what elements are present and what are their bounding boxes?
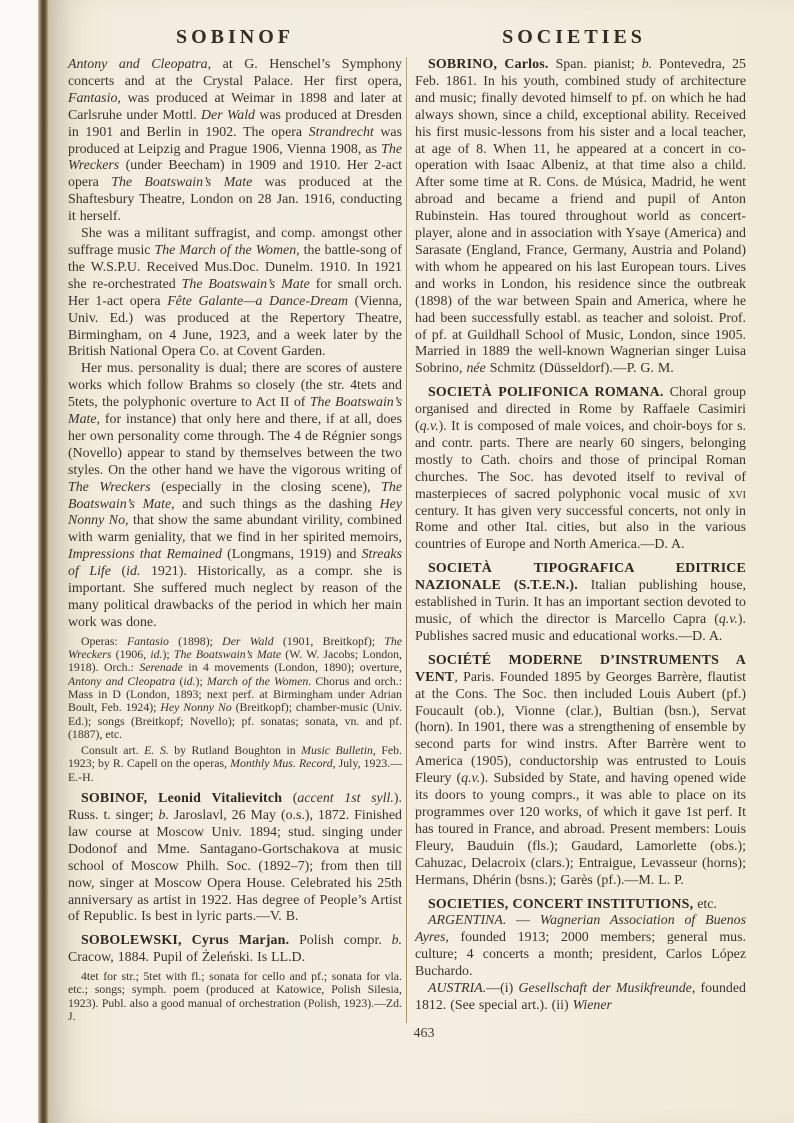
column-right: SOBRINO, Carlos. Span. pianist; b. Ponte… <box>415 57 746 1023</box>
entry-continuation-paragraph: Antony and Cleopatra, at G. Henschel’s S… <box>68 57 402 226</box>
paragraph-austria: AUSTRIA.—(i) Gesellschaft der Musikfreun… <box>415 981 746 1015</box>
entry-sobinof-leonid: SOBINOF, Leonid Vitalievitch (accent 1st… <box>68 791 402 926</box>
works-list-note: Operas: Fantasio (1898); Der Wald (1901,… <box>68 635 402 741</box>
running-head-right: SOCIETIES <box>402 26 746 49</box>
entry-societa-polifonica-romana: SOCIETÀ POLIFONICA ROMANA. Choral group … <box>415 385 746 554</box>
book-binding-edge <box>38 0 49 1123</box>
paragraph-musical-personality: Her mus. personality is dual; there are … <box>68 361 402 632</box>
page-paper: SOBINOF SOCIETIES Antony and Cleopatra, … <box>49 0 794 1123</box>
running-head-left: SOBINOF <box>68 26 402 49</box>
scan-margin <box>0 0 38 1123</box>
paragraph-suffragist: She was a militant suffragist, and comp.… <box>68 226 402 361</box>
entry-societies-concert-institutions: SOCIETIES, CONCERT INSTITUTIONS, etc. <box>415 897 746 914</box>
column-divider-rule <box>406 57 407 1023</box>
page-number: 463 <box>414 1026 435 1042</box>
column-left: Antony and Cleopatra, at G. Henschel’s S… <box>68 57 402 1023</box>
running-heads: SOBINOF SOCIETIES <box>68 26 746 49</box>
entry-sobrino-carlos: SOBRINO, Carlos. Span. pianist; b. Ponte… <box>415 57 746 378</box>
text-columns: Antony and Cleopatra, at G. Henschel’s S… <box>68 57 746 1023</box>
entry-sobolewski-cyrus: SOBOLEWSKI, Cyrus Marjan. Polish compr. … <box>68 933 402 967</box>
consult-note: Consult art. E. S. by Rutland Boughton i… <box>68 744 402 784</box>
book-page-scan: SOBINOF SOCIETIES Antony and Cleopatra, … <box>0 0 794 1123</box>
paragraph-argentina: ARGENTINA. — Wagnerian Association of Bu… <box>415 913 746 981</box>
entry-societe-moderne-dinstruments-a-vent: SOCIÉTÉ MODERNE D’INSTRUMENTS A VENT, Pa… <box>415 653 746 890</box>
works-list-note-sobolewski: 4tet for str.; 5tet with fl.; sonata for… <box>68 970 402 1023</box>
entry-societa-tipografica-editrice-nazionale: SOCIETÀ TIPOGRAFICA EDITRICE NAZIONALE (… <box>415 561 746 646</box>
